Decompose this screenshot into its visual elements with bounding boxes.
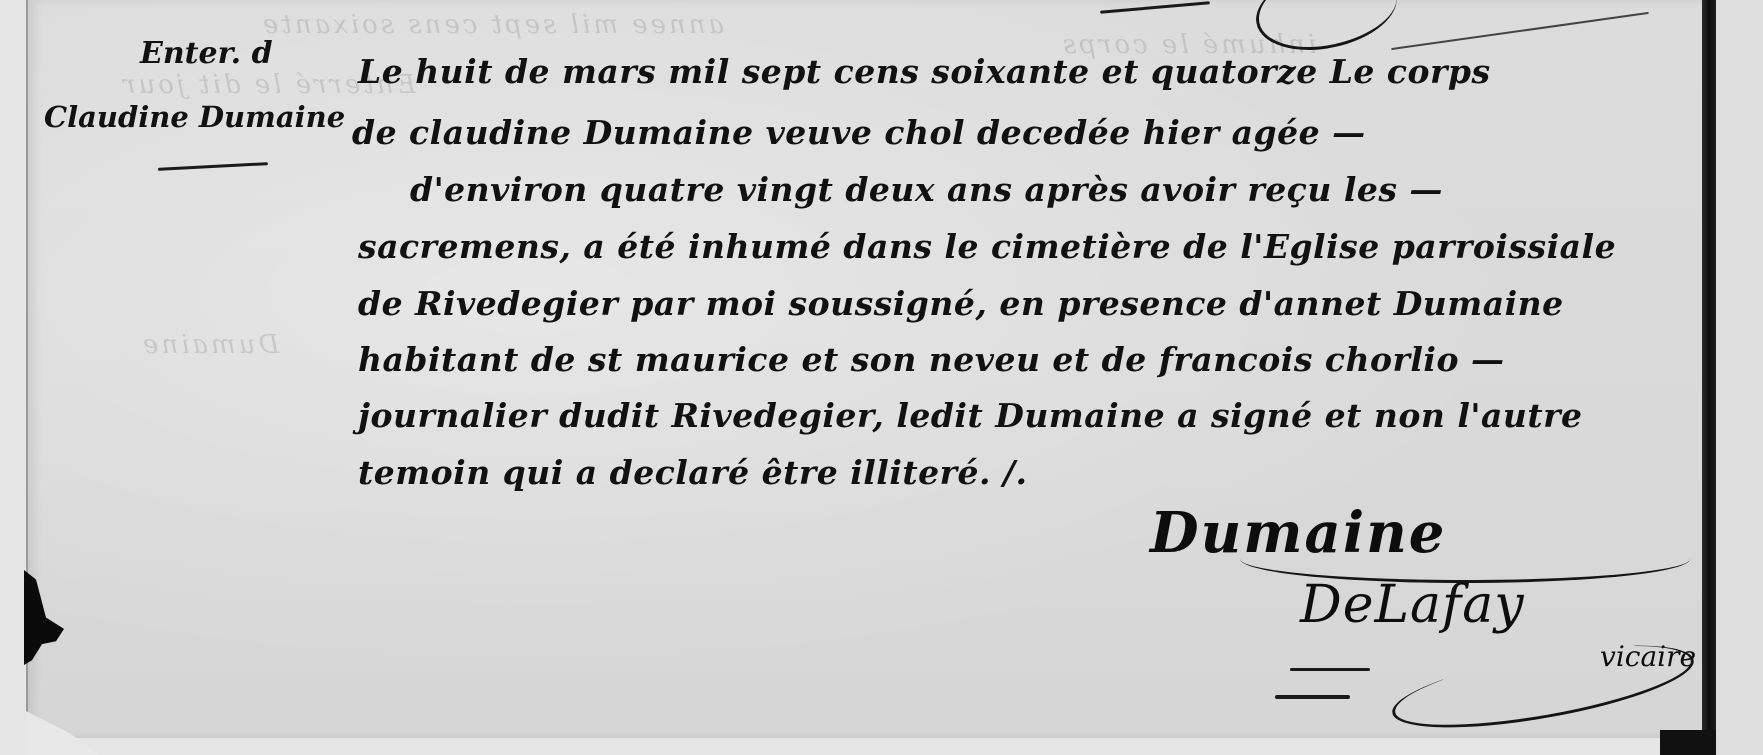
margin-note-deceased-name: Claudine Dumaine [44,100,345,134]
closing-rule-lower [1275,695,1350,699]
entry-line-2: de claudine Dumaine veuve chol decedée h… [352,113,1366,152]
margin-note-entry-mark: Enter. d [140,36,273,71]
closing-rule-upper [1290,668,1370,671]
page-corner-shadow [1660,730,1716,755]
bleed-through-text: annee mil sept cens soixante [260,10,724,40]
signature-delafay: DeLafay [1300,575,1525,635]
adjacent-page-edge [1716,0,1763,755]
entry-line-1: Le huit de mars mil sept cens soixante e… [358,52,1491,91]
entry-line-8: temoin qui a declaré être illiteré. /. [358,453,1028,492]
binding-gutter [1702,0,1716,755]
entry-line-3: d'environ quatre vingt deux ans après av… [410,170,1443,209]
entry-line-6: habitant de st maurice et son neveu et d… [358,340,1504,379]
scanned-register-page: annee mil sept cens soixante Enterré le … [0,0,1763,755]
bleed-through-text: Dumaine [140,330,279,360]
entry-line-4: sacremens, a été inhumé dans le cimetièr… [358,227,1616,266]
entry-line-5: de Rivedegier par moi soussigné, en pres… [358,284,1564,323]
entry-line-7: journalier dudit Rivedegier, ledit Dumai… [358,396,1583,435]
